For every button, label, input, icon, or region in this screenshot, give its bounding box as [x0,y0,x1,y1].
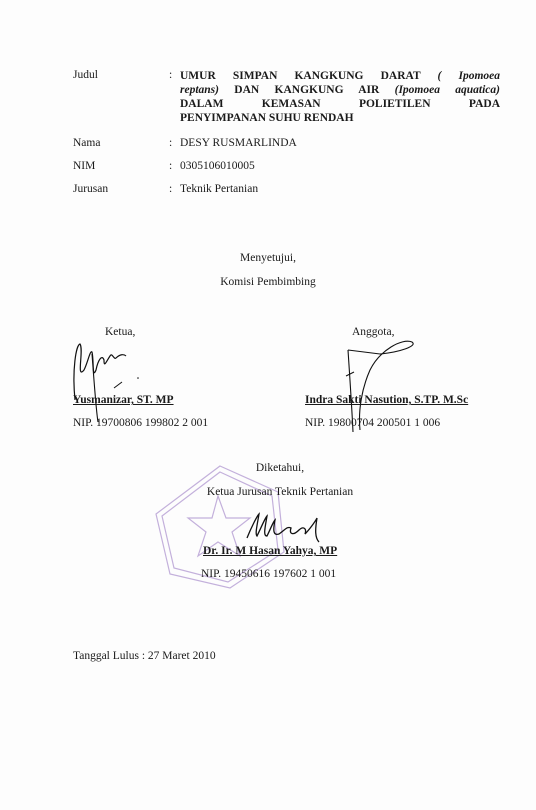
label-nim: NIM [73,160,95,172]
head-signature-icon [245,508,325,548]
value-nama: DESY RUSMARLINDA [180,137,297,149]
known-position: Ketua Jurusan Teknik Pertanian [12,486,536,498]
anggota-nip: NIP. 19800704 200501 1 006 [305,417,440,429]
value-jurusan: Teknik Pertanian [180,183,258,195]
ketua-name: Yusmanizar, ST. MP [73,394,174,406]
head-name: Dr. Ir. M Hasan Yahya, MP [203,545,337,557]
ketua-role: Ketua, [105,326,135,338]
approval-heading: Menyetujui, [0,252,536,264]
colon-judul: : [169,69,172,81]
colon-nim: : [169,160,172,172]
anggota-role: Anggota, [352,326,394,338]
committee-label: Komisi Pembimbing [0,276,536,288]
label-judul: Judul [73,69,98,81]
thesis-title: UMUR SIMPAN KANGKUNG DARAT ( Ipomoea rep… [180,69,500,125]
label-jurusan: Jurusan [73,183,108,195]
ketua-signature-icon [70,340,140,425]
known-heading: Diketahui, [12,462,536,474]
colon-nama: : [169,137,172,149]
ketua-nip: NIP. 19700806 199802 2 001 [73,417,208,429]
label-nama: Nama [73,137,100,149]
head-nip: NIP. 19450616 197602 1 001 [201,568,336,580]
graduation-date: Tanggal Lulus : 27 Maret 2010 [73,650,216,662]
value-nim: 0305106010005 [180,160,255,172]
anggota-name: Indra Sakti Nasution, S.TP. M.Sc [305,394,468,406]
colon-jurusan: : [169,183,172,195]
